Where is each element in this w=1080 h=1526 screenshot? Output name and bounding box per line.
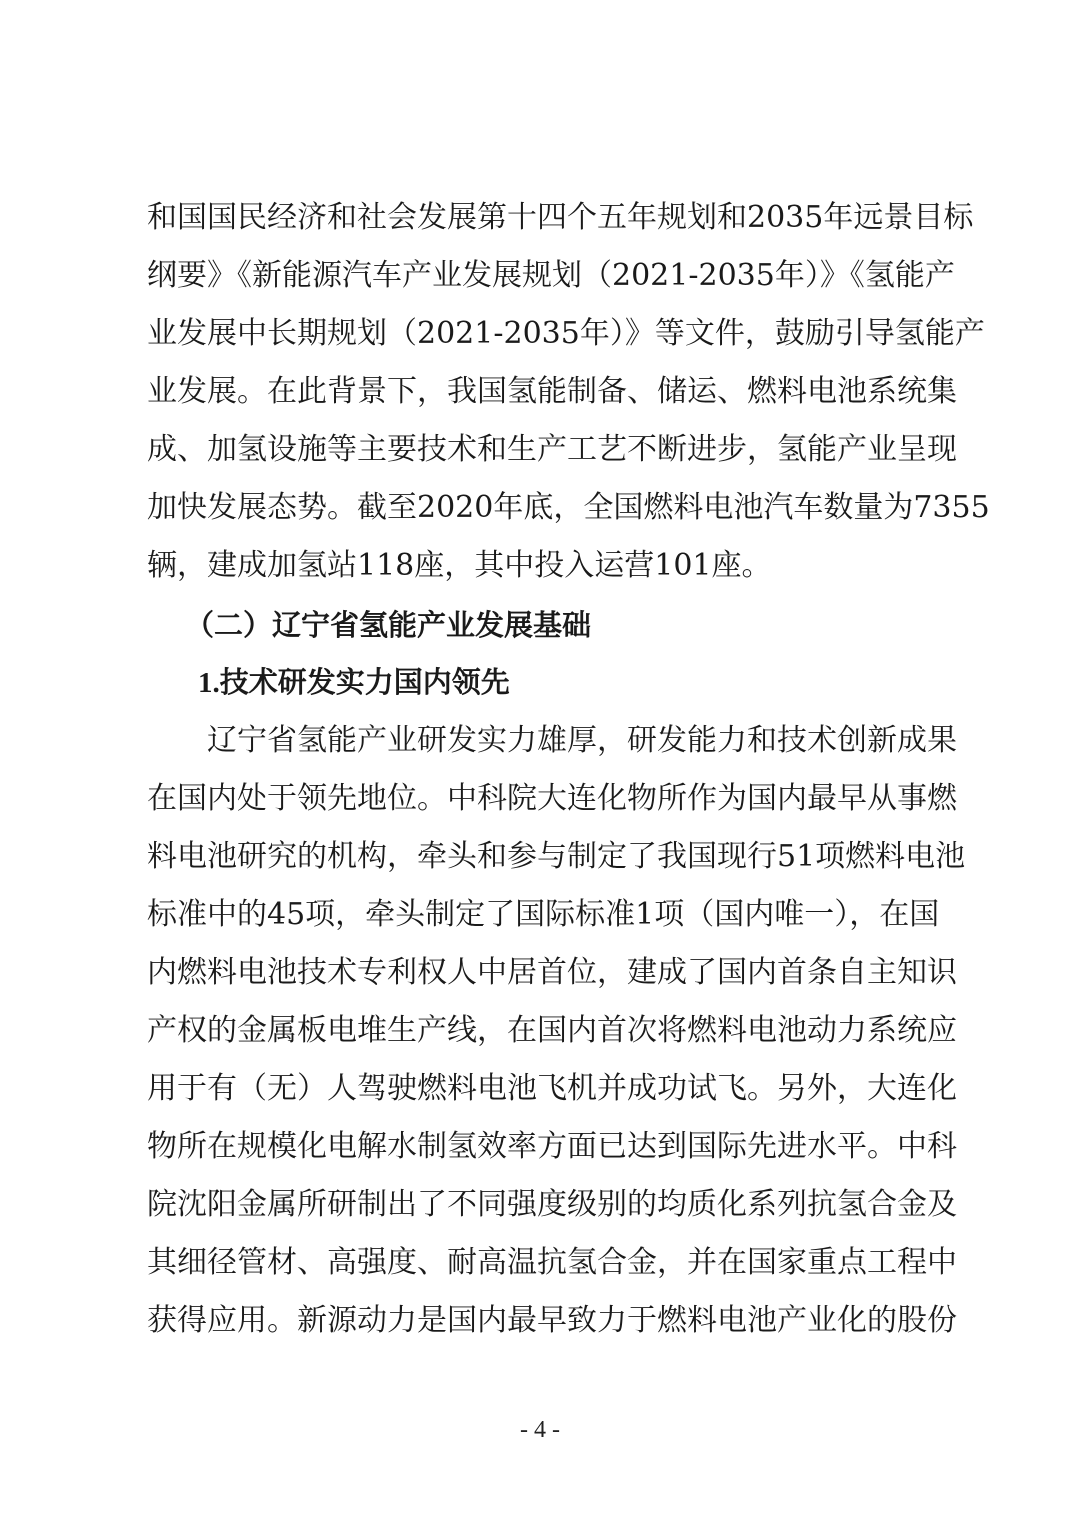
paragraph-line: 辽宁省氢能产业研发实力雄厚，研发能力和技术创新成果 <box>207 712 937 770</box>
document-page: 和国国民经济和社会发展第十四个五年规划和2035年远景目标 纲要》《新能源汽车产… <box>0 0 1080 1526</box>
paragraph-line: 业发展中长期规划（2021-2035年）》等文件，鼓励引导氢能产 <box>147 305 937 363</box>
section-heading: （二）辽宁省氢能产业发展基础 <box>185 596 937 654</box>
paragraph-line: 用于有（无）人驾驶燃料电池飞机并成功试飞。另外，大连化 <box>147 1060 937 1118</box>
paragraph-line: 在国内处于领先地位。中科院大连化物所作为国内最早从事燃 <box>147 770 937 828</box>
paragraph-line: 产权的金属板电堆生产线，在国内首次将燃料电池动力系统应 <box>147 1002 937 1060</box>
subsection-heading: 1.技术研发实力国内领先 <box>198 654 950 712</box>
paragraph-line: 和国国民经济和社会发展第十四个五年规划和2035年远景目标 <box>147 189 937 247</box>
paragraph-line: 加快发展态势。截至2020年底，全国燃料电池汽车数量为7355 <box>147 479 937 537</box>
paragraph-line: 内燃料电池技术专利权人中居首位，建成了国内首条自主知识 <box>147 944 937 1002</box>
page-number: - 4 - <box>0 1410 1080 1450</box>
paragraph-line: 院沈阳金属所研制出了不同强度级别的均质化系列抗氢合金及 <box>147 1176 937 1234</box>
paragraph-line: 料电池研究的机构，牵头和参与制定了我国现行51项燃料电池 <box>147 828 937 886</box>
paragraph-line: 成、加氢设施等主要技术和生产工艺不断进步，氢能产业呈现 <box>147 421 937 479</box>
paragraph-line: 辆，建成加氢站118座，其中投入运营101座。 <box>147 537 937 595</box>
paragraph-line: 业发展。在此背景下，我国氢能制备、储运、燃料电池系统集 <box>147 363 937 421</box>
paragraph-line: 物所在规模化电解水制氢效率方面已达到国际先进水平。中科 <box>147 1118 937 1176</box>
paragraph-line: 标准中的45项，牵头制定了国际标准1项（国内唯一），在国 <box>147 886 937 944</box>
paragraph-line: 纲要》《新能源汽车产业发展规划（2021-2035年）》《氢能产 <box>147 247 937 305</box>
paragraph-line: 其细径管材、高强度、耐高温抗氢合金，并在国家重点工程中 <box>147 1234 937 1292</box>
paragraph-line: 获得应用。新源动力是国内最早致力于燃料电池产业化的股份 <box>147 1292 937 1350</box>
